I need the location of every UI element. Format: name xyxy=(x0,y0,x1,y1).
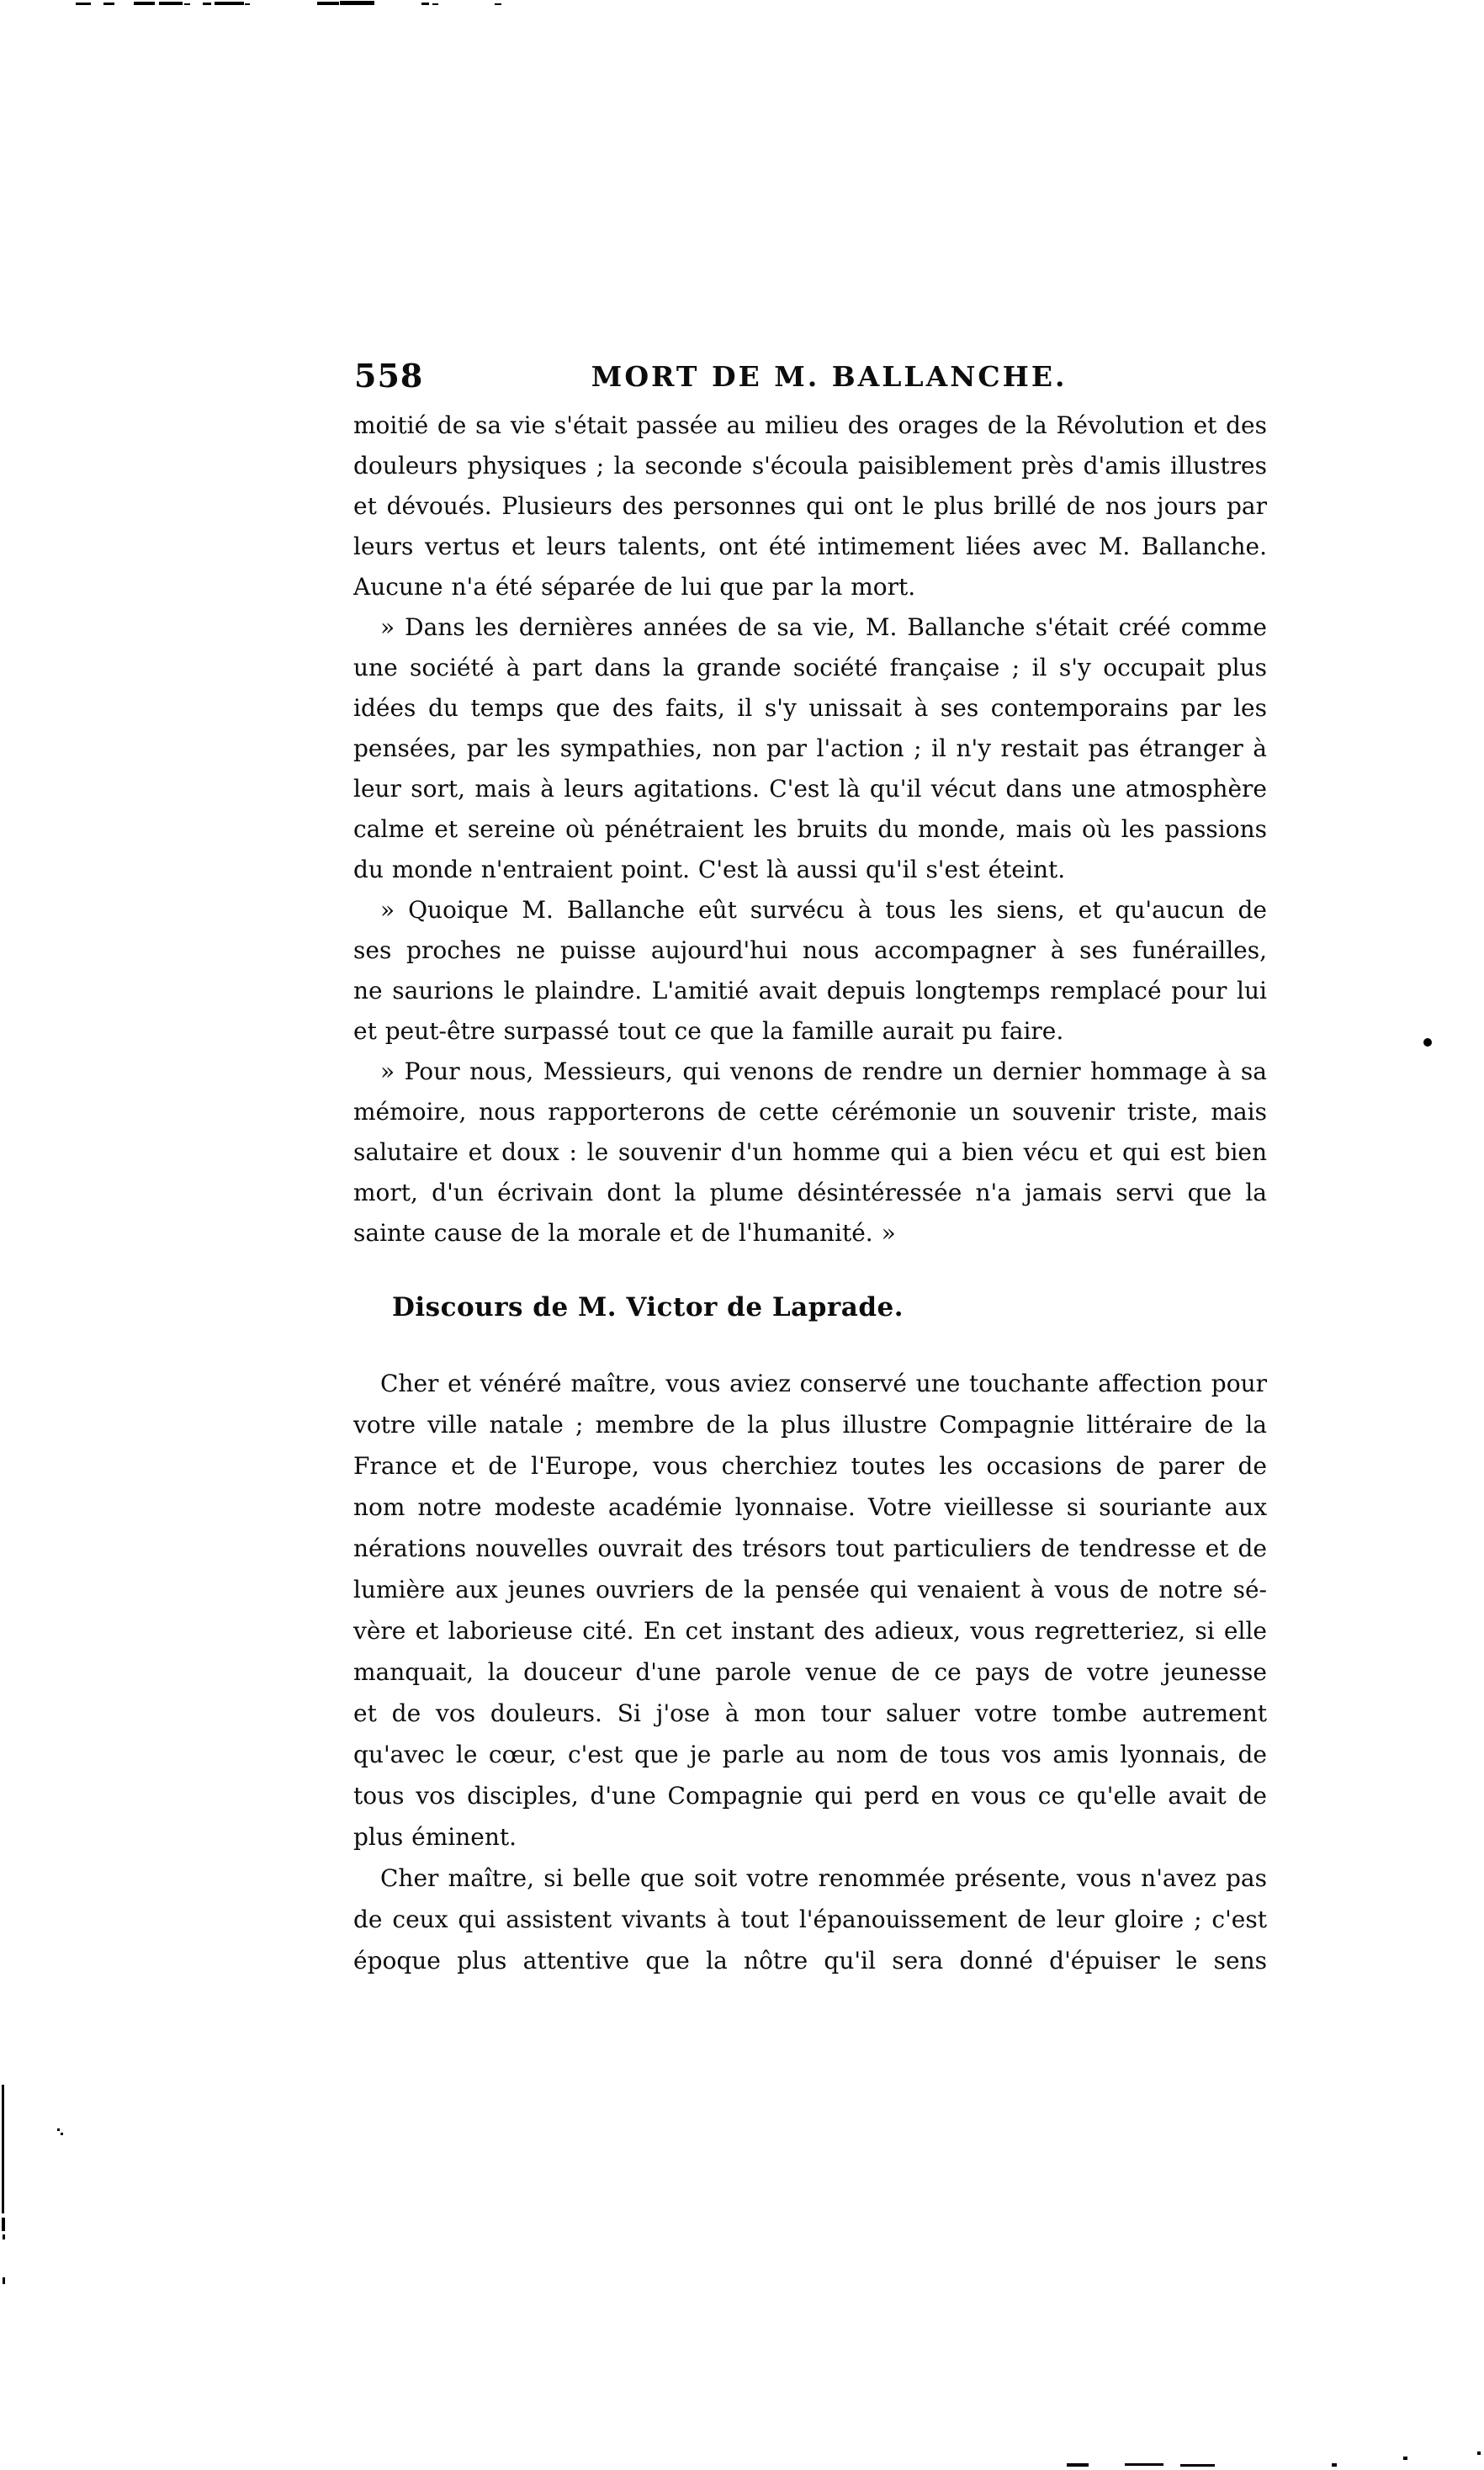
scan-artifact xyxy=(421,3,429,5)
scan-artifact xyxy=(103,3,114,5)
text-line: Cher et vénéré maître, vous aviez conser… xyxy=(353,1363,1267,1404)
text-line: ne saurions le plaindre. L'amitié avait … xyxy=(353,971,1267,1011)
scan-artifact xyxy=(1477,2451,1481,2455)
section-heading: Discours de M. Victor de Laprade. xyxy=(392,1289,1267,1326)
text-line: et de vos douleurs. Si j'ose à mon tour … xyxy=(353,1693,1267,1734)
scan-artifact xyxy=(3,2234,5,2239)
scan-artifact xyxy=(57,2128,60,2131)
scan-artifact xyxy=(149,3,155,5)
text-line: tous vos disciples, d'une Compagnie qui … xyxy=(353,1775,1267,1816)
text-line: ses proches ne puisse aujourd'hui nous a… xyxy=(353,930,1267,971)
text-line: nérations nouvelles ouvrait des trésors … xyxy=(353,1528,1267,1569)
speech-paragraphs: Cher et vénéré maître, vous aviez conser… xyxy=(353,1363,1267,1981)
scan-artifact xyxy=(2,2085,4,2213)
scan-artifact xyxy=(340,1,374,5)
text-line: » Dans les dernières années de sa vie, M… xyxy=(353,607,1267,648)
text-line: pensées, par les sympathies, non par l'a… xyxy=(353,729,1267,769)
scan-artifact xyxy=(1125,2463,1163,2466)
scan-artifact xyxy=(3,2277,5,2284)
scan-artifact xyxy=(1180,2464,1215,2467)
scan-artifact xyxy=(159,2,183,5)
text-line: mort, d'un écrivain dont la plume désint… xyxy=(353,1173,1267,1213)
paragraph: Cher maître, si belle que soit votre ren… xyxy=(353,1858,1267,1981)
eulogy-paragraphs: moitié de sa vie s'était passée au milie… xyxy=(353,405,1267,1254)
scan-artifact xyxy=(2,2218,5,2231)
text-line: leurs vertus et leurs talents, ont été i… xyxy=(353,527,1267,567)
scanned-page: 558 MORT DE M. BALLANCHE. moitié de sa v… xyxy=(0,0,1484,2470)
text-line: Cher maître, si belle que soit votre ren… xyxy=(353,1858,1267,1899)
text-line: manquait, la douceur d'une parole venue … xyxy=(353,1651,1267,1693)
paragraph: moitié de sa vie s'était passée au milie… xyxy=(353,405,1267,607)
page-number: 558 xyxy=(354,358,423,394)
scan-artifact xyxy=(184,3,190,5)
text-line: moitié de sa vie s'était passée au milie… xyxy=(353,405,1267,446)
scan-artifact xyxy=(317,2,339,5)
text-line: lumière aux jeunes ouvriers de la pensée… xyxy=(353,1569,1267,1610)
text-line: leur sort, mais à leurs agitations. C'es… xyxy=(353,769,1267,809)
text-line: mémoire, nous rapporterons de cette céré… xyxy=(353,1092,1267,1132)
text-line: plus éminent. xyxy=(353,1816,1267,1858)
text-line: France et de l'Europe, vous cherchiez to… xyxy=(353,1445,1267,1487)
paragraph: » Dans les dernières années de sa vie, M… xyxy=(353,607,1267,890)
scan-artifact xyxy=(76,3,91,5)
scan-artifact xyxy=(203,3,211,5)
text-line: » Pour nous, Messieurs, qui venons de re… xyxy=(353,1052,1267,1092)
text-line: vère et laborieuse cité. En cet instant … xyxy=(353,1610,1267,1651)
text-line: » Quoique M. Ballanche eût survécu à tou… xyxy=(353,890,1267,930)
text-line: qu'avec le cœur, c'est que je parle au n… xyxy=(353,1734,1267,1775)
scan-artifact xyxy=(61,2133,63,2135)
scan-artifact xyxy=(1403,2457,1407,2460)
scan-artifact xyxy=(1332,2463,1337,2467)
text-line: du monde n'entraient point. C'est là aus… xyxy=(353,850,1267,890)
text-line: sainte cause de la morale et de l'humani… xyxy=(353,1213,1267,1254)
text-line: calme et sereine où pénétraient les brui… xyxy=(353,809,1267,850)
text-line: et peut-être surpassé tout ce que la fam… xyxy=(353,1011,1267,1052)
scan-artifact xyxy=(215,2,244,5)
scan-artifact xyxy=(1067,2463,1089,2467)
paragraph: » Quoique M. Ballanche eût survécu à tou… xyxy=(353,890,1267,1052)
scan-artifact xyxy=(495,3,501,5)
text-line: Aucune n'a été séparée de lui que par la… xyxy=(353,567,1267,607)
text-line: idées du temps que des faits, il s'y uni… xyxy=(353,688,1267,729)
scan-artifact xyxy=(245,3,250,5)
ink-dot xyxy=(1423,1038,1432,1047)
paragraph: Cher et vénéré maître, vous aviez conser… xyxy=(353,1363,1267,1858)
page-header: 558 MORT DE M. BALLANCHE. xyxy=(353,358,1267,394)
scan-artifact xyxy=(432,3,438,5)
text-line: et dévoués. Plusieurs des personnes qui … xyxy=(353,486,1267,527)
paragraph: » Pour nous, Messieurs, qui venons de re… xyxy=(353,1052,1267,1254)
running-title: MORT DE M. BALLANCHE. xyxy=(591,360,1068,394)
text-line: votre ville natale ; membre de la plus i… xyxy=(353,1404,1267,1445)
text-line: salutaire et doux : le souvenir d'un hom… xyxy=(353,1132,1267,1173)
text-line: époque plus attentive que la nôtre qu'il… xyxy=(353,1940,1267,1981)
text-line: nom notre modeste académie lyonnaise. Vo… xyxy=(353,1487,1267,1528)
text-line: de ceux qui assistent vivants à tout l'é… xyxy=(353,1899,1267,1940)
text-line: une société à part dans la grande sociét… xyxy=(353,648,1267,688)
text-line: douleurs physiques ; la seconde s'écoula… xyxy=(353,446,1267,486)
text-block: 558 MORT DE M. BALLANCHE. moitié de sa v… xyxy=(353,358,1267,1981)
